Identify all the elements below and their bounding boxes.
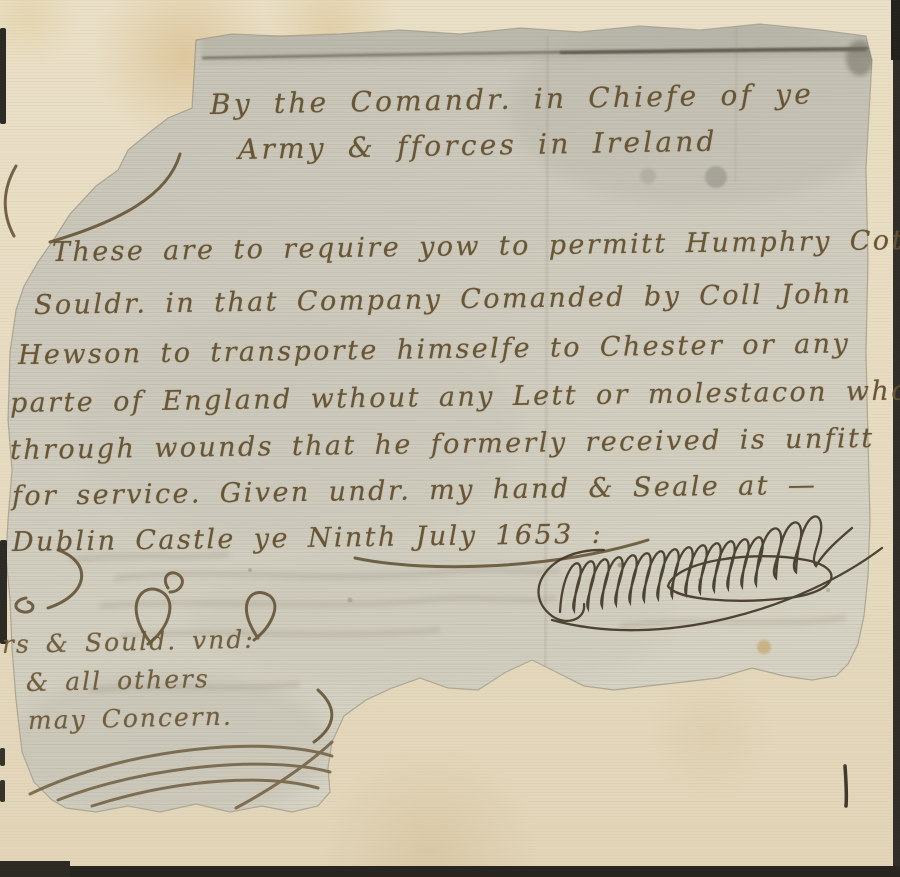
ink-mark <box>845 766 846 806</box>
stain-spot <box>757 640 771 654</box>
docket-line-3: may Concern. <box>28 702 233 735</box>
docket-line-1: rs & Sould. vnd: <box>2 625 255 659</box>
pen-flourish <box>5 166 16 236</box>
docket-line-2: & all others <box>26 664 210 697</box>
document-scan: By the Comandr. in Chiefe of ye Army & f… <box>0 0 900 877</box>
ink-blot <box>705 166 727 188</box>
